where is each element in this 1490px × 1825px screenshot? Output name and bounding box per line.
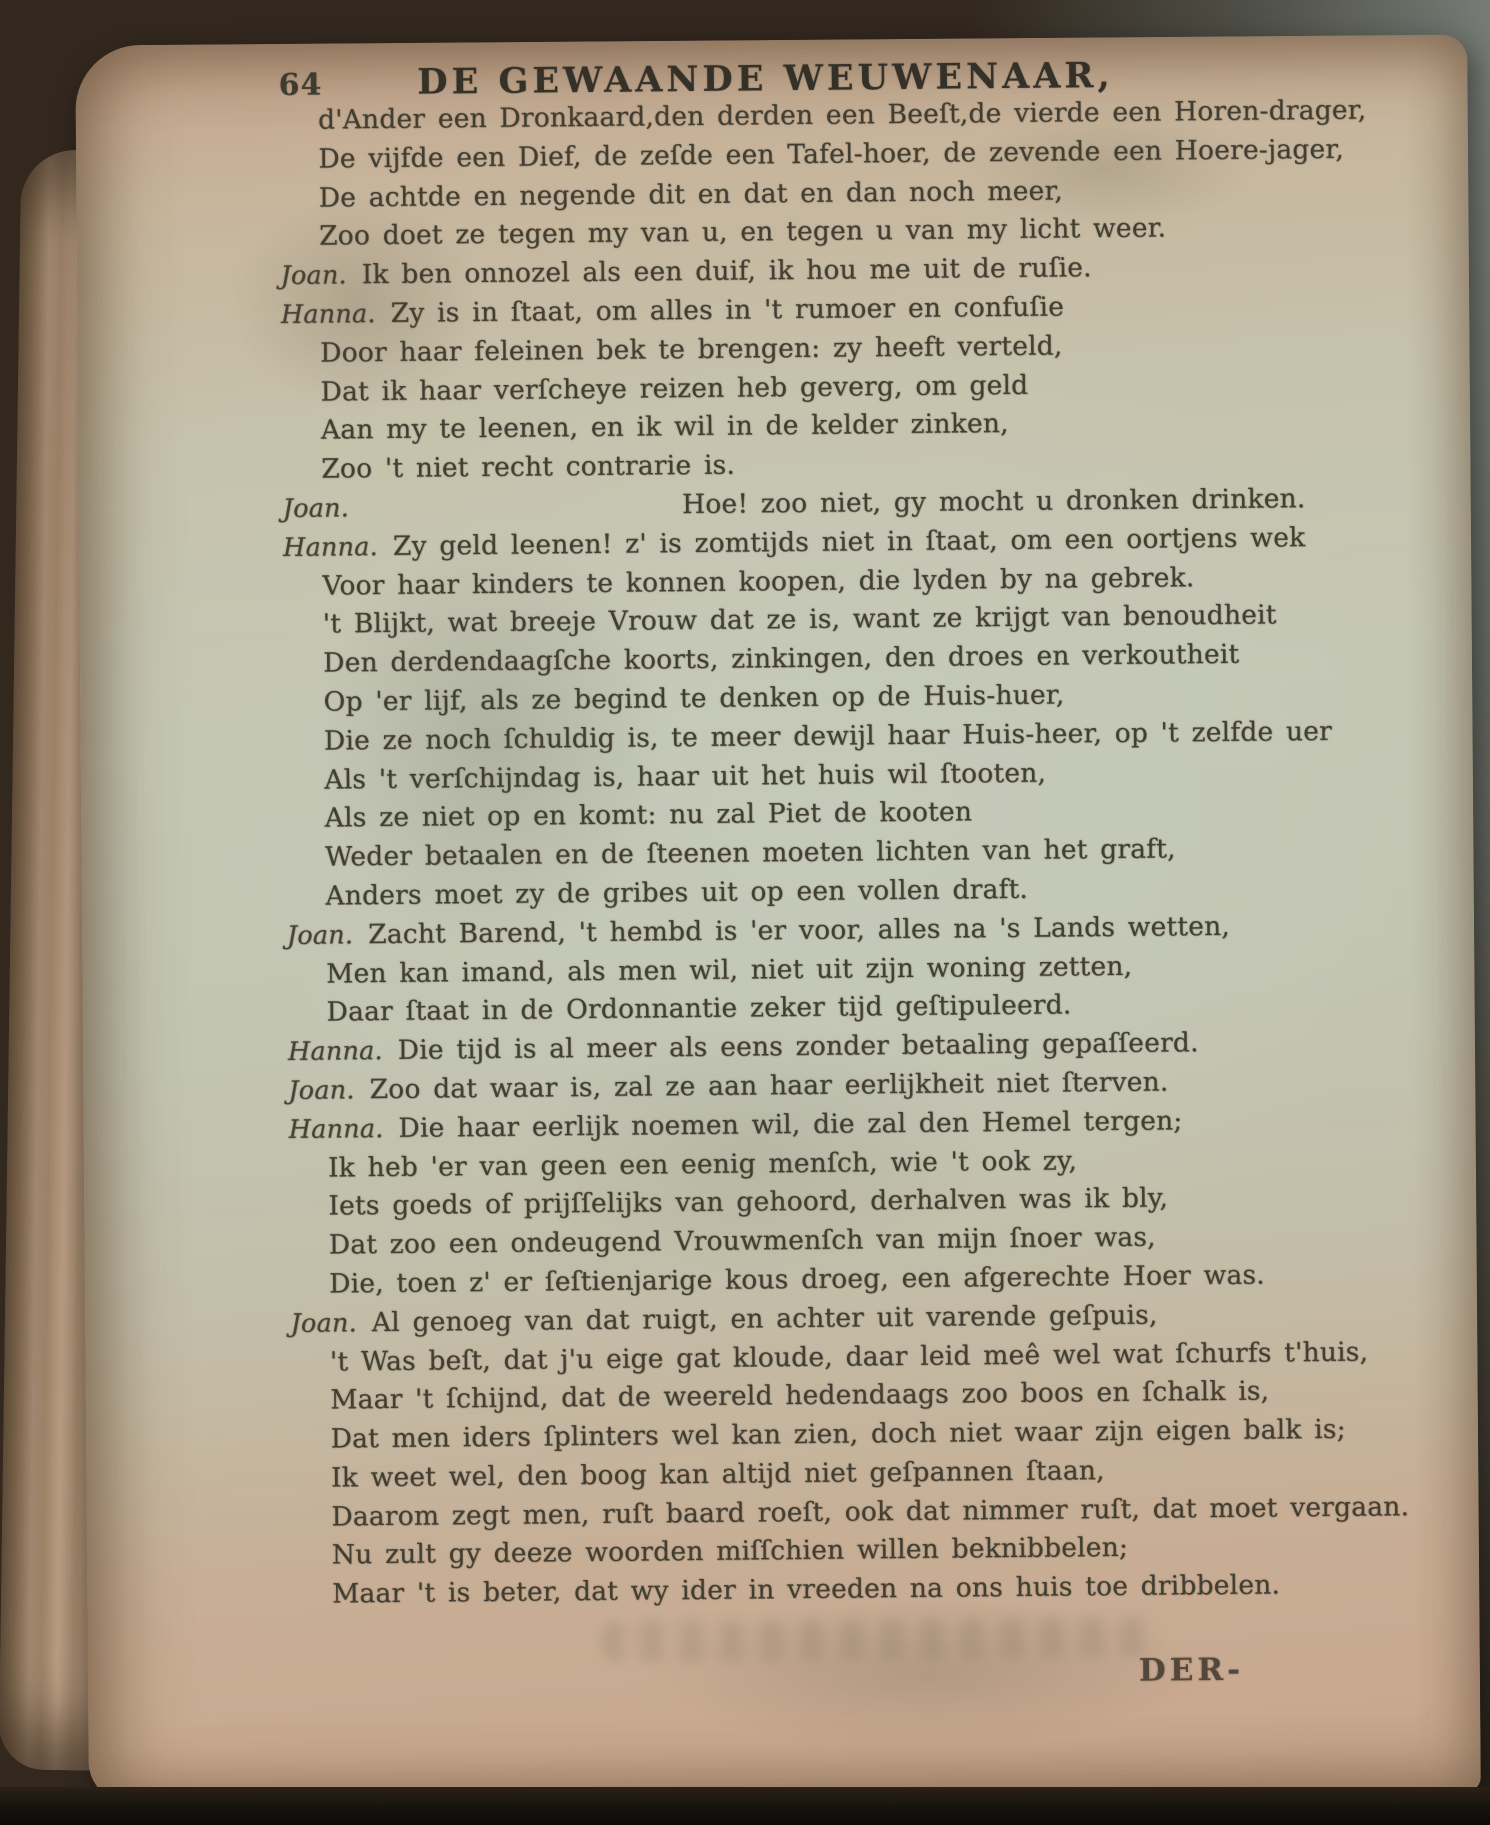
verse-text: Hoe! zoo niet, gy mocht u dronken drinke… [682,483,1306,520]
verse-text: Daar ſtaat in de Ordonnantie zeker tijd … [326,990,1071,1028]
photographed-book-page: { "page": { "number": "64", "title": "DE… [0,0,1490,1825]
verse-text: Dat men iders ſplinters wel kan zien, do… [331,1414,1346,1455]
verse-text: Die ze noch ſchuldig is, te meer dewijl … [324,716,1332,757]
verse-text: Ik heb 'er van geen een eenig menſch, wi… [328,1145,1077,1183]
verse-text: Zoo 't niet recht contrarie is. [321,450,735,485]
verse-text: Maar 't ſchijnd, dat de weereld hedendaa… [330,1376,1269,1416]
printed-content: 64 DE GEWAANDE WEUWENAAR, d'Ander een Dr… [0,0,1490,1825]
backdrop-bottom [0,1787,1490,1825]
verse-text: Zy geld leenen! z' is zomtijds niet in ſ… [393,522,1306,562]
verse-text: De vijfde een Dief, de zeſde een Tafel-h… [318,134,1344,175]
verse-text: Zoo doet ze tegen my van u, en tegen u v… [319,213,1166,252]
speaker-label: Hanna. [289,1114,384,1145]
verse-text: Als 't verſchijndag is, haar uit het hui… [324,757,1046,795]
verse-text: Die, toen z' er ſeſtienjarige kous droeg… [329,1259,1265,1299]
verse-text: Die tijd is al meer als eens zonder beta… [398,1027,1199,1066]
verse-text: Al genoeg van dat ruigt, en achter uit v… [372,1299,1158,1338]
speaker-label: Joan. [287,920,354,951]
verse-text: Als ze niet op en komt: nu zal Piet de k… [325,797,973,834]
verse-block: d'Ander een Dronkaard,den derden een Bee… [279,91,1443,1615]
verse-text: Daarom zegt men, ruſt baard roeſt, ook d… [331,1491,1409,1532]
verse-text: Ik weet wel, den boog kan altijd niet ge… [331,1455,1105,1493]
verse-text: Zacht Barend, 't hembd is 'er voor, alle… [368,911,1230,950]
verse-text: Nu zult gy deeze woorden miſſchien wille… [332,1532,1129,1571]
verse-text: Weder betaalen en de ſteenen moeten lich… [325,834,1176,873]
show-through-smudge [600,1617,1160,1662]
speaker-label: Hanna. [283,532,378,563]
speaker-label: Joan. [290,1308,357,1339]
verse-text: Op 'er lijf, als ze begind te denken op … [323,679,1064,717]
verse-text: Aan my te leenen, en ik wil in de kelder… [321,408,1009,446]
verse-text: Maar 't is beter, dat wy ider in vreeden… [332,1570,1280,1610]
verse-text: Dat ik haar verſcheye reizen heb geverg,… [320,369,1028,407]
speaker-label: Joan. [288,1075,355,1106]
verse-text: 't Blijkt, wat breeje Vrouw dat ze is, w… [323,600,1277,640]
verse-text: Ik ben onnozel als een duif, ik hou me u… [362,252,1092,290]
verse-text: Men kan imand, als men wil, niet uit zij… [326,950,1132,989]
speaker-label: Hanna. [281,299,376,330]
verse-text: d'Ander een Dronkaard,den derden een Bee… [318,95,1367,136]
speaker-label: Joan. [283,493,350,524]
verse-text: Anders moet zy de gribes uit op een voll… [325,874,1028,912]
verse-text: Voor haar kinders te konnen koopen, die … [322,562,1194,601]
verse-text: Zoo dat waar is, zal ze aan haar eerlijk… [369,1066,1168,1105]
verse-text: Iets goeds of prijſſelijks van gehoord, … [328,1183,1168,1222]
page-number: 64 [278,68,322,103]
verse-text: Zy is in ſtaat, om alles in 't rumoer en… [390,291,1064,328]
speaker-label: Hanna. [288,1036,383,1067]
verse-text: De achtde en negende dit en dat en dan n… [319,175,1064,213]
speaker-label: Joan. [280,261,347,292]
verse-text: 't Was beſt, dat j'u eige gat kloude, da… [330,1336,1369,1377]
verse-text: Door haar feleinen bek te brengen: zy he… [320,330,1063,368]
catchword: DER- [1139,1652,1244,1689]
verse-text: Den derdendaagſche koorts, zinkingen, de… [323,639,1239,679]
verse-text: Die haar eerlijk noemen wil, die zal den… [398,1105,1182,1144]
verse-text: Dat zoo een ondeugend Vrouwmenſch van mi… [329,1222,1156,1261]
